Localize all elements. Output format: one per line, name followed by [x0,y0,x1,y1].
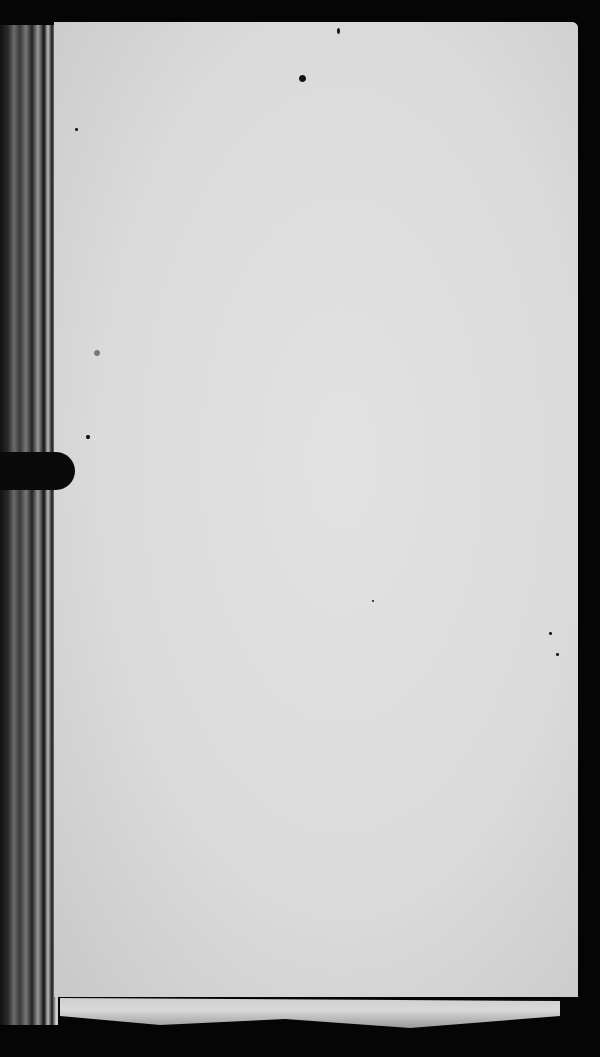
scan-background [0,0,600,1057]
speck [94,350,100,356]
speck [75,128,78,131]
speck [556,653,559,656]
blank-page [54,22,578,997]
speck [299,75,306,82]
book-clasp [0,452,75,490]
book-spine [0,25,58,1025]
speck [337,28,340,34]
page-bottom-edge [60,998,560,1028]
speck [86,435,90,439]
speck [372,600,374,602]
speck [549,632,552,635]
